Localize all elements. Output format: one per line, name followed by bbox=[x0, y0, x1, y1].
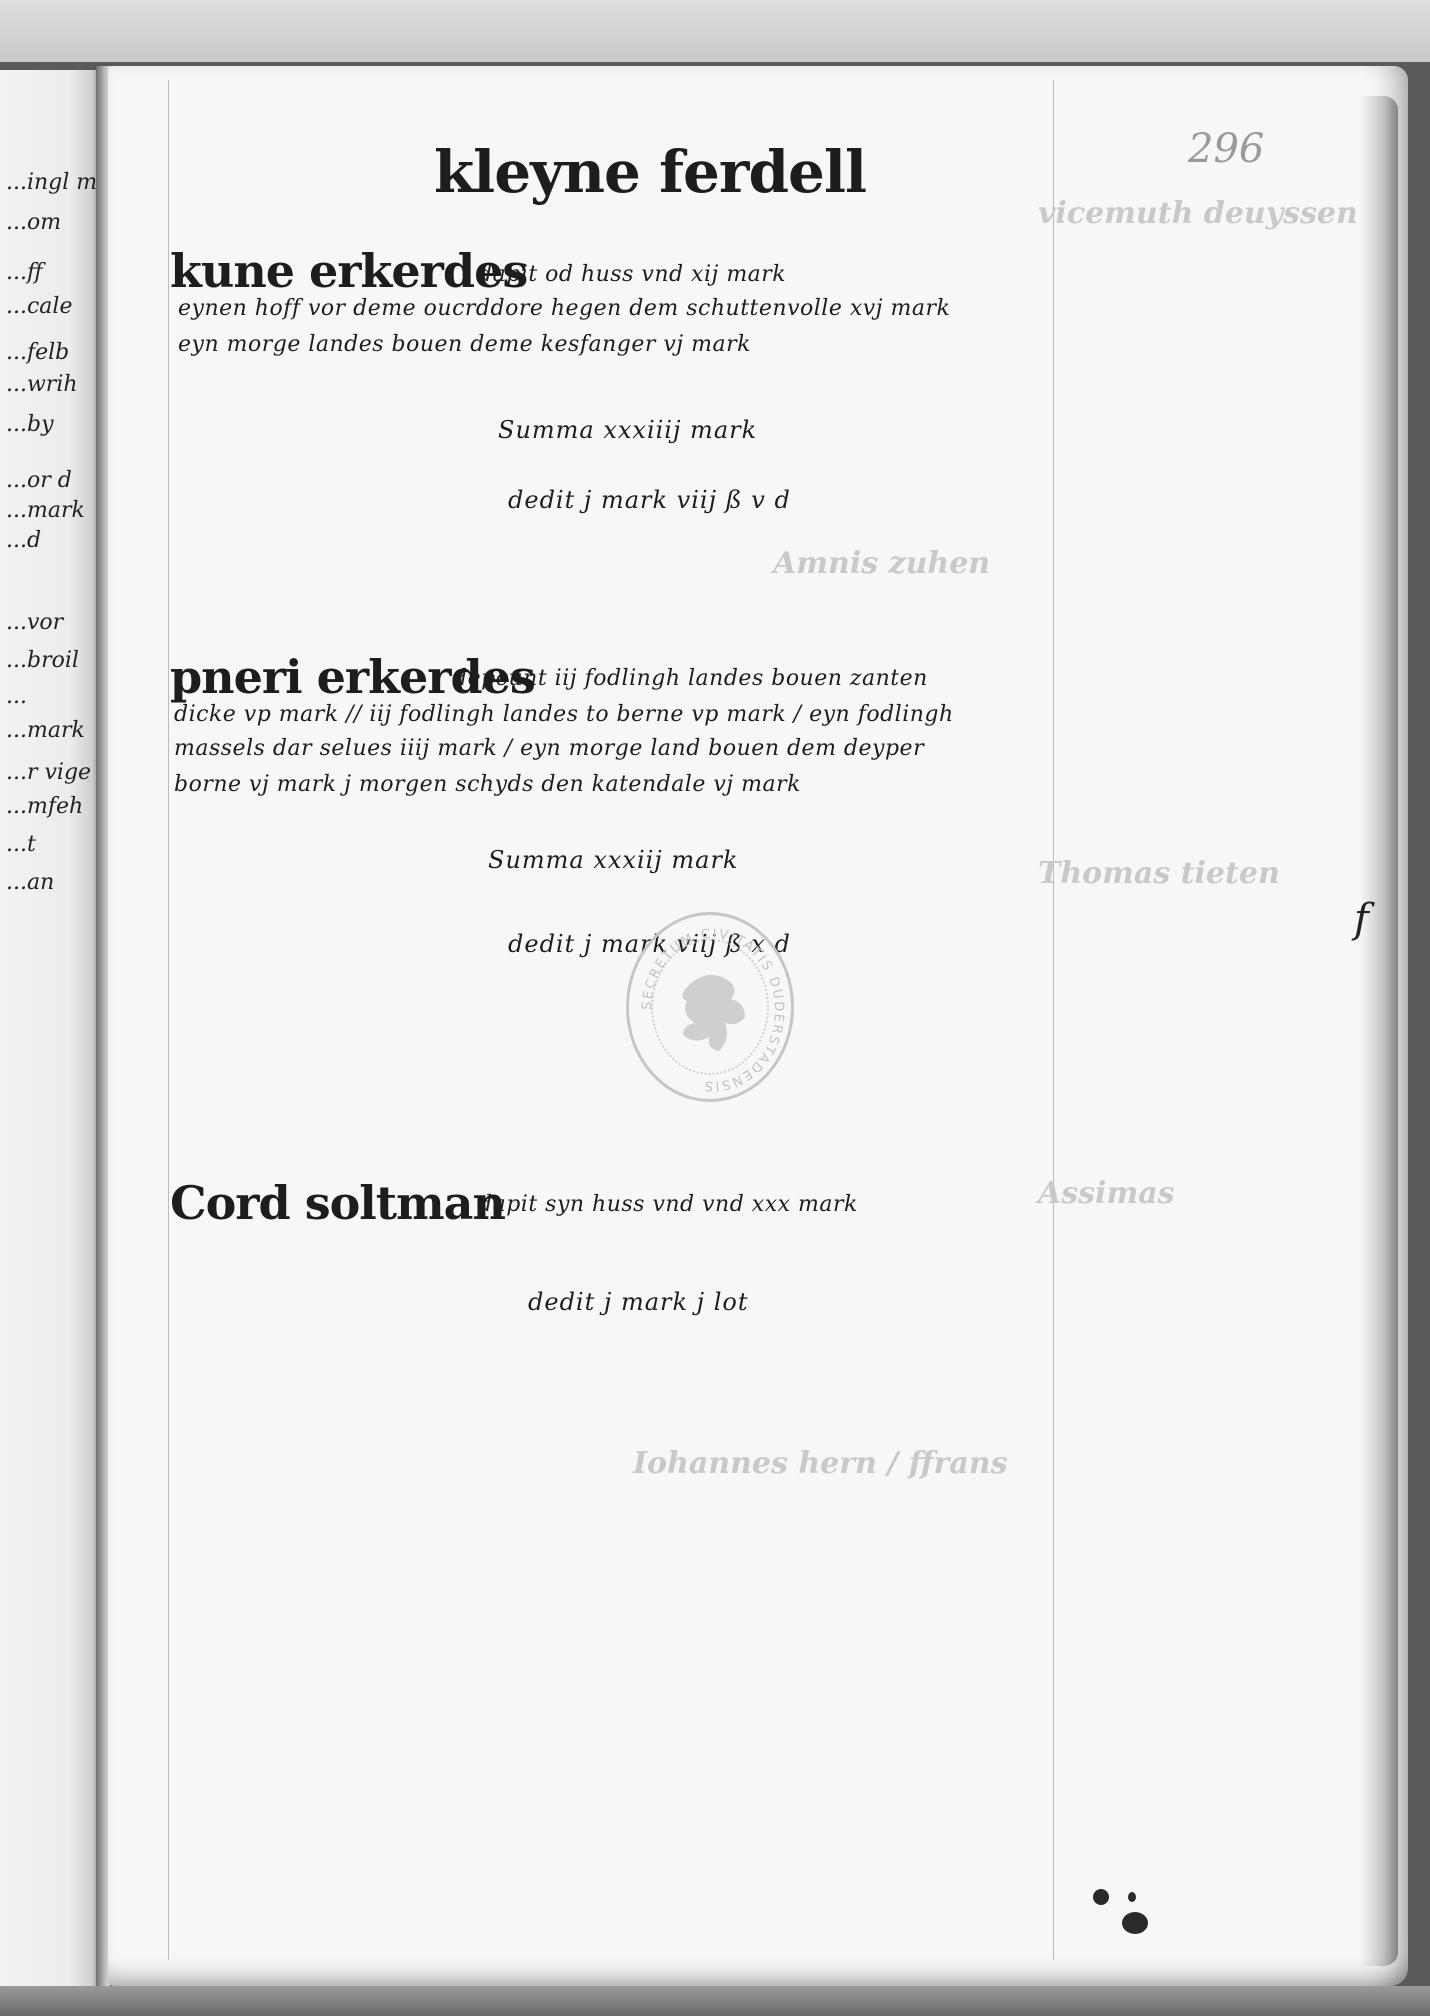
lion-icon: SECRETUM CIVITATIS DUDERSTADENSIS bbox=[629, 915, 797, 1105]
city-seal-stamp: SECRETUM CIVITATIS DUDERSTADENSIS bbox=[626, 912, 794, 1102]
entry-dedit: dedit j mark j lot bbox=[528, 1288, 749, 1316]
left-page-fragment: ...an bbox=[6, 870, 54, 895]
entry-line: borne vj mark j morgen schyds den katend… bbox=[174, 772, 801, 797]
margin-mark: f bbox=[1354, 896, 1369, 942]
left-page-fragment: ... bbox=[6, 684, 27, 709]
bleed-through-text: Assimas bbox=[1038, 1176, 1175, 1211]
entry-line: massels dar selues iiij mark / eyn morge… bbox=[174, 736, 924, 761]
page-edge-shadow bbox=[1360, 96, 1398, 1966]
entry-line: eyn morge landes bouen deme kesfanger vj… bbox=[178, 332, 751, 357]
entry-name: kune erkerdes bbox=[170, 244, 527, 298]
left-page-fragment: ...mark bbox=[6, 718, 85, 743]
left-page-fragment: ...mark bbox=[6, 498, 85, 523]
entry-summa: Summa xxxiij mark bbox=[488, 846, 738, 874]
left-page-fragment: ...or d bbox=[6, 468, 72, 493]
entry-summa: Summa xxxiiij mark bbox=[498, 416, 757, 444]
left-page-fragment: ...broil bbox=[6, 648, 79, 673]
folio-number: 296 bbox=[1188, 126, 1264, 172]
left-page-fragment: ...mfeh bbox=[6, 794, 83, 819]
ink-stain bbox=[1128, 1892, 1136, 1902]
left-margin-ruling bbox=[168, 80, 169, 1960]
manuscript-folio: 296 vicemuth deuyssen Amnis zuhen Thomas… bbox=[108, 66, 1408, 1986]
left-page-fragment: ...d bbox=[6, 528, 41, 553]
left-page-fragment: ...felb bbox=[6, 340, 69, 365]
bleed-through-text: vicemuth deuyssen bbox=[1038, 196, 1358, 231]
entry-line: dapit syn huss vnd vnd xxx mark bbox=[478, 1192, 858, 1217]
entry-line: depcunt iij fodlingh landes bouen zanten bbox=[453, 666, 928, 691]
entry-line: dapit od huss vnd xij mark bbox=[478, 262, 786, 287]
entry-dedit: dedit j mark viij ß v d bbox=[508, 486, 791, 514]
left-page-fragment: ...ff bbox=[6, 260, 43, 285]
left-page-fragment: ...by bbox=[6, 412, 54, 437]
ink-stain bbox=[1093, 1889, 1109, 1905]
entry-name: Cord soltman bbox=[170, 1176, 505, 1230]
entry-line: eynen hoff vor deme oucrddore hegen dem … bbox=[178, 296, 950, 321]
page-title: kleyne ferdell bbox=[434, 138, 866, 206]
scan-bottom-border bbox=[0, 1986, 1430, 2016]
bleed-through-text: Iohannes hern / ffrans bbox=[633, 1446, 1007, 1481]
left-page-fragment: ...cale bbox=[6, 294, 72, 319]
left-page-fragment: ...r vige bbox=[6, 760, 91, 785]
right-margin-ruling bbox=[1053, 80, 1054, 1960]
left-facing-page: ...ingl mit ...om ...ff ...cale ...felb … bbox=[0, 70, 100, 1990]
left-page-fragment: ...om bbox=[6, 210, 61, 235]
left-page-fragment: ...wrih bbox=[6, 372, 78, 397]
entry-line: dicke vp mark // iij fodlingh landes to … bbox=[174, 702, 954, 727]
scan-top-border bbox=[0, 0, 1430, 62]
left-page-fragment: ...t bbox=[6, 832, 36, 857]
bleed-through-text: Thomas tieten bbox=[1038, 856, 1280, 891]
ink-stain bbox=[1122, 1912, 1148, 1934]
bleed-through-text: Amnis zuhen bbox=[773, 546, 990, 581]
left-page-fragment: ...vor bbox=[6, 610, 63, 635]
